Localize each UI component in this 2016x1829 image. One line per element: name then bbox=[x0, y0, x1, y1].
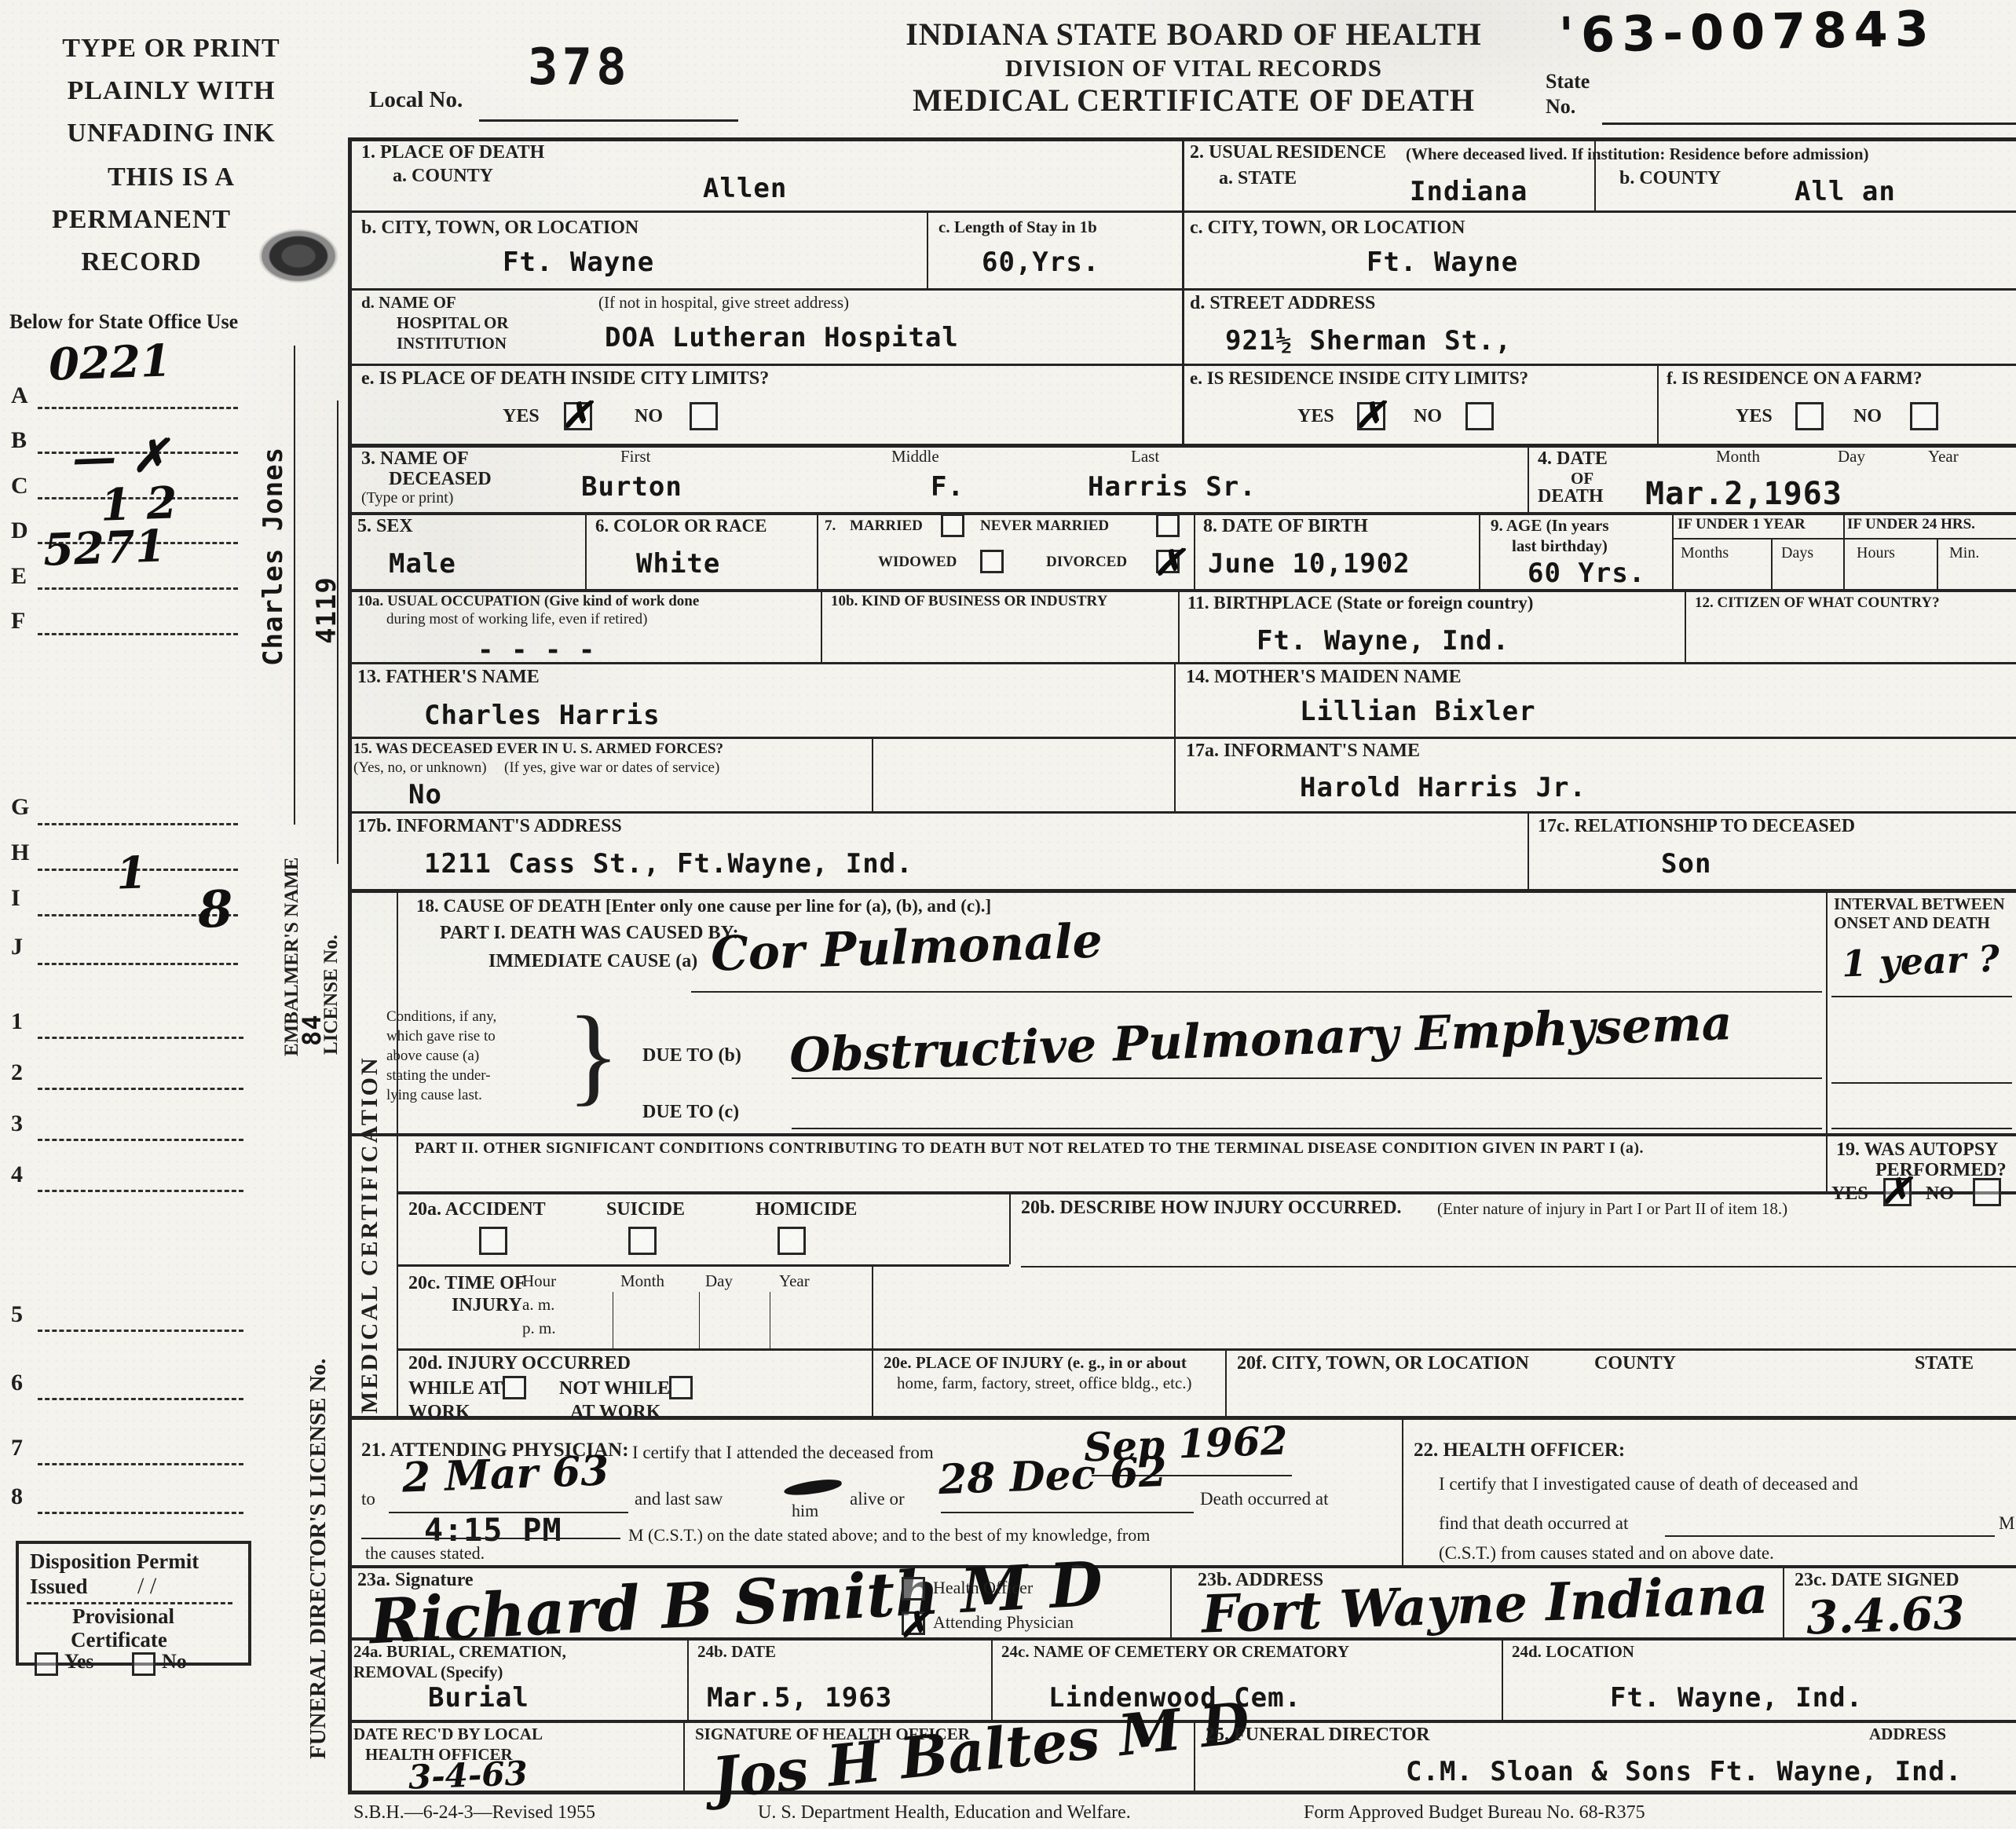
not-while-label: NOT WHILE bbox=[559, 1379, 670, 1399]
field-20f-label: 20f. CITY, TOWN, OR LOCATION bbox=[1237, 1354, 1529, 1374]
part-1-label: PART I. DEATH WAS CAUSED BY: bbox=[440, 924, 739, 944]
homicide-checkbox bbox=[777, 1227, 806, 1255]
field-6-label: 6. COLOR OR RACE bbox=[595, 517, 767, 536]
divider bbox=[821, 589, 822, 662]
field-2c-value: Ft. Wayne bbox=[1367, 248, 1518, 277]
interval-c-line bbox=[1831, 1128, 2012, 1129]
divider bbox=[1528, 444, 1529, 512]
line-label-H: H bbox=[11, 840, 29, 865]
field-2c-label: c. CITY, TOWN, OR LOCATION bbox=[1190, 218, 1465, 239]
line-label-5: 5 bbox=[11, 1302, 23, 1327]
ruled-line bbox=[38, 633, 238, 635]
interval-label: INTERVAL BETWEEN bbox=[1834, 895, 2005, 913]
field-17a-value: Harold Harris Jr. bbox=[1300, 774, 1586, 803]
divorced-checkbox: ✗ bbox=[1156, 550, 1180, 573]
field-6-value: White bbox=[636, 550, 720, 579]
field-2e-yes-label: YES bbox=[1297, 407, 1334, 427]
ruled-line bbox=[38, 963, 238, 965]
field-1a-value: Allen bbox=[703, 174, 787, 203]
field-24b-value: Mar.5, 1963 bbox=[707, 1684, 892, 1713]
part-2-label: PART II. OTHER SIGNIFICANT CONDITIONS CO… bbox=[415, 1140, 1644, 1158]
divider bbox=[1479, 512, 1480, 589]
field-25-value: C.M. Sloan & Sons Ft. Wayne, Ind. bbox=[1406, 1758, 1963, 1787]
while-at-work-label2: WORK bbox=[408, 1403, 470, 1423]
field-1a-label: a. COUNTY bbox=[393, 166, 493, 187]
occurred-at-line bbox=[1665, 1535, 1995, 1537]
field-17c-value: Son bbox=[1661, 850, 1711, 879]
year-label: Year bbox=[779, 1272, 810, 1290]
scribble-mark bbox=[783, 1478, 842, 1498]
field-1e-yes-label: YES bbox=[503, 407, 540, 427]
provisional-label: Provisional bbox=[72, 1605, 174, 1628]
field-13-value: Charles Harris bbox=[424, 701, 660, 730]
ruled-line bbox=[38, 1512, 243, 1514]
cause-a-value: Cor Pulmonale bbox=[710, 916, 1103, 980]
disposition-slashes: / / bbox=[137, 1574, 156, 1599]
ruled-line bbox=[38, 1190, 243, 1192]
divider bbox=[1685, 589, 1686, 662]
field-2f-label: f. IS RESIDENCE ON A FARM? bbox=[1667, 369, 1922, 389]
line-label-C: C bbox=[11, 474, 28, 499]
married-checkbox bbox=[941, 514, 964, 537]
conditions-note4: stating the under- bbox=[386, 1068, 491, 1085]
field-17b-value: 1211 Cass St., Ft.Wayne, Ind. bbox=[424, 850, 913, 879]
form-border bbox=[348, 1791, 2016, 1794]
him-word: him bbox=[792, 1502, 818, 1520]
line-label-G: G bbox=[11, 795, 29, 820]
state-label: STATE bbox=[1915, 1354, 1974, 1374]
divider bbox=[348, 889, 2016, 893]
time-line bbox=[361, 1538, 620, 1539]
provisional-yes-checkbox bbox=[35, 1652, 58, 1676]
attending-physician-checkbox: ✗ bbox=[902, 1611, 925, 1635]
conditions-note: Conditions, if any, bbox=[386, 1009, 496, 1026]
field-14-value: Lillian Bixler bbox=[1300, 697, 1536, 726]
provisional-yes-label: Yes bbox=[64, 1651, 94, 1673]
months-label: Months bbox=[1681, 545, 1729, 562]
divider bbox=[683, 1720, 685, 1793]
field-15-value: No bbox=[408, 781, 442, 810]
field-21-text2: and last saw bbox=[635, 1490, 723, 1509]
day-label: Day bbox=[705, 1272, 733, 1290]
res-city-no-checkbox bbox=[1465, 402, 1494, 430]
field-5-label: 5. SEX bbox=[357, 517, 413, 537]
field-3-first-label: First bbox=[620, 448, 651, 466]
never-married-checkbox bbox=[1156, 514, 1180, 537]
ruled-line bbox=[38, 1088, 243, 1090]
field-13-label: 13. FATHER'S NAME bbox=[357, 668, 540, 688]
divider bbox=[348, 811, 2016, 814]
field-2-title: 2. USUAL RESIDENCE bbox=[1190, 143, 1386, 163]
field-1e-no-label: NO bbox=[635, 407, 663, 427]
state-no-label: State bbox=[1546, 71, 1590, 93]
divider bbox=[1182, 137, 1184, 444]
field-17a-label: 17a. INFORMANT'S NAME bbox=[1186, 741, 1420, 762]
field-15-note2: (If yes, give war or dates of service) bbox=[504, 760, 719, 777]
divider bbox=[872, 737, 873, 811]
interval-line bbox=[1831, 996, 2012, 997]
state-file-number-stamp: '63-007843 bbox=[1558, 3, 1936, 62]
field-1e-label: e. IS PLACE OF DEATH INSIDE CITY LIMITS? bbox=[361, 369, 769, 390]
divider bbox=[1843, 512, 1845, 589]
divider bbox=[927, 210, 928, 288]
field-21-text2b: alive or bbox=[850, 1490, 905, 1509]
funeral-directors-license-label: FUNERAL DIRECTOR'S LICENSE No. bbox=[306, 1170, 331, 1759]
state-office-heading: Below for State Office Use bbox=[9, 311, 238, 333]
field-24a-value: Burial bbox=[428, 1684, 529, 1713]
attended-to-value: 2 Mar 63 bbox=[401, 1449, 609, 1500]
while-at-work-checkbox bbox=[503, 1376, 526, 1399]
cause-b-value: Obstructive Pulmonary Emphysema bbox=[788, 998, 1732, 1082]
instruction-line: PERMANENT bbox=[0, 206, 283, 235]
field-21-text5: the causes stated. bbox=[365, 1544, 485, 1563]
line-label-I: I bbox=[11, 886, 20, 911]
ruled-line bbox=[38, 407, 238, 409]
field-2d-value: 921½ Sherman St., bbox=[1225, 327, 1512, 356]
field-1d-label3: INSTITUTION bbox=[397, 335, 507, 353]
line-value-I: 1 bbox=[115, 849, 148, 898]
suicide-label: SUICIDE bbox=[606, 1200, 685, 1220]
field-18-label: 18. CAUSE OF DEATH [Enter only one cause… bbox=[416, 897, 991, 916]
ruled-line bbox=[38, 1037, 243, 1039]
divider bbox=[348, 662, 2016, 664]
field-21-text4: M (C.S.T.) on the date stated above; and… bbox=[628, 1526, 1150, 1545]
field-20c-label: 20c. TIME OF bbox=[408, 1274, 526, 1294]
divider bbox=[699, 1292, 700, 1348]
divider bbox=[397, 1191, 2016, 1194]
field-24c-label: 24c. NAME OF CEMETERY OR CREMATORY bbox=[1001, 1643, 1349, 1661]
field-10a-label: 10a. USUAL OCCUPATION (Give kind of work… bbox=[357, 594, 699, 610]
field-11-label: 11. BIRTHPLACE (State or foreign country… bbox=[1187, 594, 1533, 613]
footer-budget-no: Form Approved Budget Bureau No. 68-R375 bbox=[1304, 1803, 1645, 1824]
field-21-text3: Death occurred at bbox=[1200, 1490, 1328, 1509]
pm-label: p. m. bbox=[522, 1319, 556, 1337]
field-2b-label: b. COUNTY bbox=[1619, 169, 1721, 189]
field-24a-label: 24a. BURIAL, CREMATION, bbox=[353, 1643, 566, 1661]
writing-line bbox=[1021, 1266, 2016, 1267]
field-20e-label2: home, farm, factory, street, office bldg… bbox=[897, 1374, 1192, 1392]
check-mark: ✗ bbox=[1881, 1169, 1912, 1212]
divider bbox=[1194, 512, 1195, 589]
field-1d-label2: HOSPITAL OR bbox=[397, 314, 509, 332]
field-2a-value: Indiana bbox=[1410, 177, 1528, 207]
check-mark: ✗ bbox=[899, 1603, 930, 1645]
field-24a-label2: REMOVAL (Specify) bbox=[353, 1663, 503, 1681]
while-at-work-label: WHILE AT bbox=[408, 1379, 503, 1399]
embalmer-name-line bbox=[294, 346, 295, 825]
divider bbox=[348, 589, 2016, 592]
divider bbox=[1528, 811, 1529, 889]
field-22-label: 22. HEALTH OFFICER: bbox=[1414, 1439, 1625, 1461]
under-24-hrs-header: IF UNDER 24 HRS. bbox=[1847, 517, 1975, 533]
instruction-line: TYPE OR PRINT bbox=[0, 35, 342, 64]
medical-certification-label: MEDICAL CERTIFICATION bbox=[357, 903, 382, 1414]
local-no-label: Local No. bbox=[369, 88, 463, 112]
certificate-label: Certificate bbox=[71, 1629, 167, 1652]
form-subtitle2: MEDICAL CERTIFICATE OF DEATH bbox=[856, 83, 1531, 117]
field-3-last-label: Last bbox=[1131, 448, 1159, 466]
line-label-E: E bbox=[11, 564, 27, 589]
divider bbox=[817, 512, 818, 589]
line-label-B: B bbox=[11, 428, 27, 453]
field-3-middle-value: F. bbox=[931, 473, 964, 502]
field-1d-value: DOA Lutheran Hospital bbox=[605, 324, 959, 353]
field-8-label: 8. DATE OF BIRTH bbox=[1203, 517, 1368, 537]
field-22-text1: I certify that I investigated cause of d… bbox=[1439, 1475, 1858, 1494]
divider bbox=[397, 889, 398, 1416]
conditions-note5: lying cause last. bbox=[386, 1088, 482, 1104]
field-22-text3: (C.S.T.) from causes stated and on above… bbox=[1439, 1544, 1774, 1564]
field-11-value: Ft. Wayne, Ind. bbox=[1257, 627, 1509, 656]
death-certificate: TYPE OR PRINT PLAINLY WITH UNFADING INK … bbox=[0, 0, 2016, 1829]
field-2e-no-label: NO bbox=[1414, 407, 1442, 427]
check-mark: ✗ bbox=[562, 393, 592, 436]
field-3-last-value: Harris Sr. bbox=[1088, 473, 1257, 502]
field-1b-value: Ft. Wayne bbox=[503, 248, 654, 277]
field-24d-value: Ft. Wayne, Ind. bbox=[1610, 1684, 1863, 1713]
divider bbox=[687, 1637, 689, 1720]
disposition-title: Disposition Permit bbox=[30, 1550, 199, 1573]
field-2-title-note: (Where deceased lived. If institution: R… bbox=[1406, 145, 1869, 163]
under-1-year-header: IF UNDER 1 YEAR bbox=[1678, 517, 1806, 533]
field-7-divorced-label: DIVORCED bbox=[1046, 554, 1127, 571]
field-19-label: 19. WAS AUTOPSY bbox=[1836, 1140, 1999, 1161]
instruction-line: UNFADING INK bbox=[0, 119, 342, 148]
form-title: INDIANA STATE BOARD OF HEALTH bbox=[856, 17, 1531, 51]
ruled-line bbox=[38, 1463, 243, 1465]
line-label-1: 1 bbox=[11, 1009, 23, 1034]
line-value-E: 5271 bbox=[42, 522, 166, 574]
field-2e-label: e. IS RESIDENCE INSIDE CITY LIMITS? bbox=[1190, 369, 1528, 389]
ruled-line bbox=[38, 1139, 243, 1141]
due-to-c-label: DUE TO (c) bbox=[642, 1103, 739, 1123]
field-20d-label: 20d. INJURY OCCURRED bbox=[408, 1354, 631, 1374]
form-subtitle: DIVISION OF VITAL RECORDS bbox=[856, 55, 1531, 81]
divider bbox=[1009, 1191, 1011, 1264]
divider bbox=[1937, 538, 1938, 589]
line-label-6: 6 bbox=[11, 1370, 23, 1396]
field-21-to-label: to bbox=[361, 1490, 375, 1509]
field-7-widowed-label: WIDOWED bbox=[878, 554, 957, 571]
divider bbox=[1672, 512, 1674, 589]
ruled-line bbox=[38, 1330, 243, 1332]
field-23c-value: 3.4.63 bbox=[1806, 1588, 1966, 1643]
res-farm-yes-checkbox bbox=[1795, 402, 1824, 430]
funeral-license-value: 84 bbox=[298, 991, 326, 1046]
field-10a-label2: during most of working life, even if ret… bbox=[386, 612, 647, 628]
health-officer-checkbox bbox=[902, 1577, 925, 1600]
conditions-note3: above cause (a) bbox=[386, 1048, 479, 1065]
field-3-middle-label: Middle bbox=[891, 448, 939, 466]
ruled-line bbox=[38, 1398, 243, 1400]
divider bbox=[397, 1348, 2016, 1351]
field-9-label2: last birthday) bbox=[1512, 537, 1608, 555]
local-no-line bbox=[479, 119, 738, 122]
field-7-never-married-label: NEVER MARRIED bbox=[980, 518, 1109, 535]
autopsy-no-label: NO bbox=[1926, 1184, 1954, 1205]
field-4-title: 4. DATE bbox=[1538, 449, 1608, 470]
instruction-line: THIS IS A bbox=[0, 163, 342, 192]
field-1-title: 1. PLACE OF DEATH bbox=[361, 143, 544, 163]
field-7-label: 7. bbox=[825, 518, 836, 535]
death-city-no-checkbox bbox=[690, 402, 718, 430]
field-8-value: June 10,1902 bbox=[1208, 550, 1410, 579]
attending-physician-cb-label: Attending Physician bbox=[933, 1613, 1074, 1632]
line-label-4: 4 bbox=[11, 1162, 23, 1187]
immediate-cause-label: IMMEDIATE CAUSE (a) bbox=[488, 952, 697, 972]
field-2a-label: a. STATE bbox=[1219, 169, 1297, 189]
widowed-checkbox bbox=[980, 550, 1004, 573]
field-4-value: Mar.2,1963 bbox=[1645, 477, 1842, 511]
provisional-no-checkbox bbox=[132, 1652, 155, 1676]
field-17c-label: 17c. RELATIONSHIP TO DECEASED bbox=[1538, 817, 1855, 837]
divider bbox=[1783, 1565, 1784, 1637]
divider bbox=[1225, 1348, 1227, 1416]
field-17b-label: 17b. INFORMANT'S ADDRESS bbox=[357, 817, 622, 837]
field-2d-label: d. STREET ADDRESS bbox=[1190, 294, 1375, 314]
line-value-C: — ✗ bbox=[71, 432, 169, 483]
field-10a-value: - - - - bbox=[477, 636, 595, 665]
field-24b-label: 24b. DATE bbox=[697, 1643, 776, 1661]
field-2b-value: All an bbox=[1795, 177, 1896, 207]
suicide-checkbox bbox=[628, 1227, 657, 1255]
field-12-label: 12. CITIZEN OF WHAT COUNTRY? bbox=[1695, 595, 1940, 612]
field-20e-label: 20e. PLACE OF INJURY (e. g., in or about bbox=[884, 1354, 1187, 1372]
field-22-text2: find that death occurred at bbox=[1439, 1514, 1628, 1534]
due-to-b-label: DUE TO (b) bbox=[642, 1046, 741, 1066]
footer-department: U. S. Department Health, Education and W… bbox=[758, 1803, 1131, 1824]
divider bbox=[1178, 589, 1180, 662]
field-3-title2: DECEASED bbox=[389, 470, 492, 490]
state-no-line bbox=[1602, 123, 2016, 125]
line-label-3: 3 bbox=[11, 1111, 23, 1136]
res-farm-no-checkbox bbox=[1910, 402, 1938, 430]
hours-label: Hours bbox=[1857, 545, 1895, 562]
form-border bbox=[348, 137, 352, 1793]
field-2f-yes-label: YES bbox=[1736, 407, 1773, 427]
field-4-month-label: Month bbox=[1716, 448, 1760, 466]
interval-b-line bbox=[1831, 1082, 2012, 1084]
not-while-label2: AT WORK bbox=[570, 1403, 660, 1423]
divider bbox=[613, 1292, 613, 1348]
conditions-brace: } bbox=[567, 996, 620, 1114]
line-label-8: 8 bbox=[11, 1484, 23, 1509]
field-1c-value: 60,Yrs. bbox=[982, 248, 1099, 277]
divider bbox=[1174, 662, 1176, 811]
embalmer-license-value: 4119 bbox=[313, 550, 342, 644]
month-label: Month bbox=[620, 1272, 664, 1290]
check-mark: ✗ bbox=[1154, 541, 1184, 583]
autopsy-no-checkbox bbox=[1973, 1178, 2001, 1206]
field-25-address-label: ADDRESS bbox=[1869, 1725, 1946, 1743]
field-7-married-label: MARRIED bbox=[850, 518, 923, 535]
field-9-label: 9. AGE (In years bbox=[1491, 517, 1609, 535]
local-no-value: 378 bbox=[528, 41, 631, 95]
field-1d-note: (If not in hospital, give street address… bbox=[598, 294, 849, 312]
death-city-yes-checkbox: ✗ bbox=[564, 402, 592, 430]
field-1d-label: d. NAME OF bbox=[361, 294, 456, 312]
field-3-title3: (Type or print) bbox=[361, 490, 453, 507]
ruled-line bbox=[38, 823, 238, 825]
field-2f-no-label: NO bbox=[1853, 407, 1882, 427]
seal-stamp-icon bbox=[259, 229, 338, 283]
interval-value: 1 year ? bbox=[1841, 940, 2000, 985]
hour-label: Hour bbox=[522, 1272, 556, 1290]
field-15-label: 15. WAS DECEASED EVER IN U. S. ARMED FOR… bbox=[353, 741, 723, 758]
field-4-title2: OF bbox=[1571, 470, 1593, 488]
last-saw-line bbox=[941, 1512, 1194, 1513]
divider bbox=[1402, 1416, 1403, 1565]
field-3-title: 3. NAME OF bbox=[361, 449, 469, 470]
line-label-2: 2 bbox=[11, 1060, 23, 1085]
health-officer-cb-label: Health Officer bbox=[933, 1578, 1033, 1597]
days-label: Days bbox=[1781, 545, 1813, 562]
county-label: COUNTY bbox=[1594, 1354, 1676, 1374]
check-mark: ✗ bbox=[1355, 393, 1385, 436]
divider bbox=[1170, 1565, 1172, 1637]
divider bbox=[1657, 364, 1659, 444]
autopsy-yes-checkbox: ✗ bbox=[1883, 1178, 1912, 1206]
divider bbox=[348, 1133, 2016, 1136]
provisional-no-label: No bbox=[162, 1651, 187, 1673]
field-24d-label: 24d. LOCATION bbox=[1512, 1643, 1634, 1661]
divider bbox=[348, 737, 2016, 739]
am-label: a. m. bbox=[522, 1296, 554, 1314]
field-1b-label: b. CITY, TOWN, OR LOCATION bbox=[361, 218, 638, 239]
divider bbox=[770, 1292, 770, 1348]
field-20c-label2: INJURY bbox=[452, 1296, 522, 1316]
state-no-label2: No. bbox=[1546, 96, 1575, 118]
homicide-label: HOMICIDE bbox=[756, 1200, 857, 1220]
interval-label2: ONSET AND DEATH bbox=[1834, 914, 1990, 932]
divider bbox=[872, 1264, 873, 1416]
disposition-issued-label: Issued bbox=[30, 1575, 88, 1598]
line-label-J: J bbox=[11, 935, 23, 960]
conditions-note2: which gave rise to bbox=[386, 1029, 496, 1045]
line-label-7: 7 bbox=[11, 1436, 23, 1461]
line-label-F: F bbox=[11, 609, 25, 634]
field-4-day-label: Day bbox=[1838, 448, 1865, 466]
divider bbox=[397, 1264, 1009, 1267]
cause-a-line bbox=[691, 991, 1822, 993]
instruction-line: PLAINLY WITH bbox=[0, 77, 342, 106]
field-25-label: 25. FUNERAL DIRECTOR bbox=[1206, 1725, 1430, 1746]
divider bbox=[1502, 1637, 1503, 1720]
date-recd-value: 3-4-63 bbox=[408, 1755, 528, 1795]
divider bbox=[1771, 538, 1773, 589]
cause-c-line bbox=[792, 1128, 1822, 1129]
date-recd-label: DATE REC'D BY LOCAL bbox=[353, 1725, 543, 1743]
divider bbox=[348, 444, 2016, 448]
field-15-note1: (Yes, no, or unknown) bbox=[353, 760, 487, 777]
line-label-D: D bbox=[11, 518, 28, 543]
field-5-value: Male bbox=[389, 550, 456, 579]
field-22-m-label: M bbox=[1999, 1514, 2014, 1534]
field-14-label: 14. MOTHER'S MAIDEN NAME bbox=[1186, 668, 1462, 688]
divider bbox=[991, 1637, 993, 1720]
autopsy-yes-label: YES bbox=[1831, 1184, 1868, 1205]
field-9-value: 60 Yrs. bbox=[1528, 559, 1645, 588]
line-label-A: A bbox=[11, 383, 28, 408]
embalmer-name-value: Charles Jones bbox=[259, 462, 288, 666]
res-city-yes-checkbox: ✗ bbox=[1357, 402, 1385, 430]
last-saw-value: 28 Dec 62 bbox=[938, 1450, 1168, 1502]
field-1c-label: c. Length of Stay in 1b bbox=[938, 218, 1097, 236]
instruction-line: RECORD bbox=[0, 248, 283, 277]
field-4-title3: DEATH bbox=[1538, 487, 1604, 507]
min-label: Min. bbox=[1949, 545, 1979, 562]
not-while-checkbox bbox=[669, 1376, 693, 1399]
